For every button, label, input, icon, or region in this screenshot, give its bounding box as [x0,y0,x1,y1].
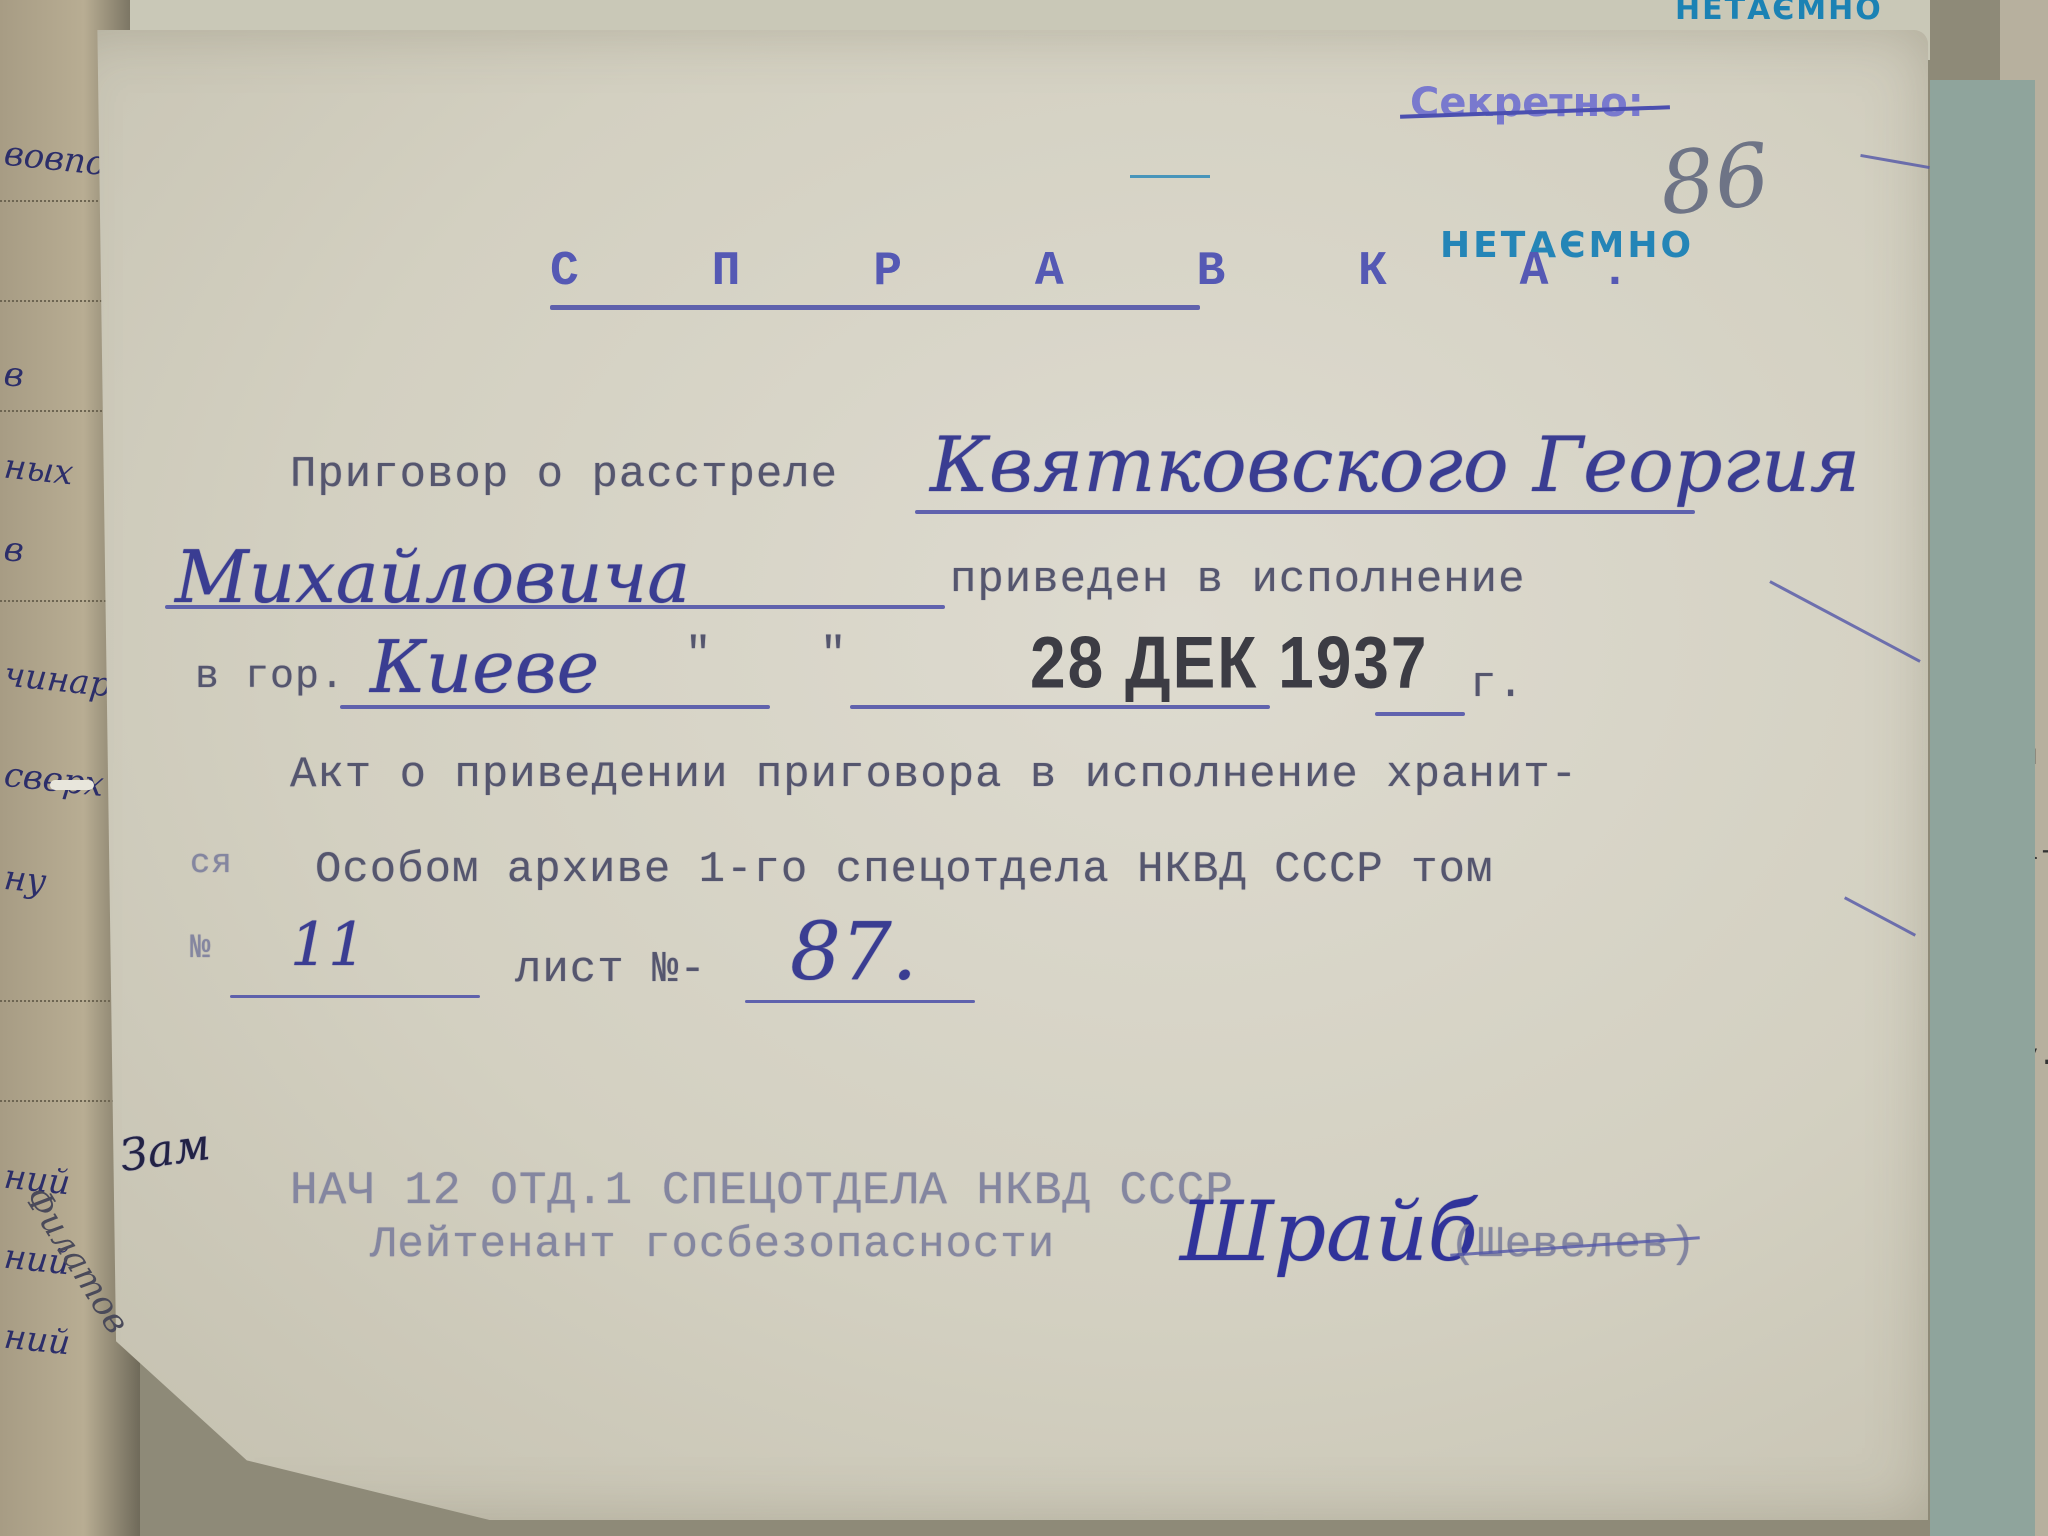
handwritten-surname: Квятковского Георгия [930,420,1860,509]
handwritten-sheet-number: 87. [790,905,917,998]
sheet-underline [745,1000,975,1003]
typed-city-prefix: в гор. [195,655,345,700]
year-underline [1375,712,1465,716]
signatory-rank: Лейтенант госбезопасности [370,1220,1055,1270]
left-page-handwriting: ний [2,1317,72,1364]
typed-act-statement: Акт о приведении приговора в исполнение … [290,750,1578,800]
document-title: С П Р А В К А. [550,245,1681,299]
left-page-ruling [0,1100,130,1102]
classification-stamp-struck: Секретно: [1410,80,1644,126]
typed-executed: приведен в исполнение [950,555,1526,605]
page-number: 86 [1655,125,1774,236]
folder-strip [1930,80,2035,1536]
quote-open: " [820,630,847,680]
patronymic-underline [165,605,945,609]
left-page-handwriting: в [2,529,26,571]
typed-sentence-start: Приговор о расстреле [290,450,838,500]
execution-date-stamp: 28 ДЕК 1937 [1030,619,1428,704]
typed-sheet-label: лист №- [515,945,707,995]
signature: Шрайб [1180,1185,1478,1280]
handwritten-city: Киеве [370,625,599,709]
typed-archive-location: Особом архиве 1-го спецотдела НКВД СССР … [315,845,1493,895]
typed-faint-number: № [190,930,211,968]
date-underline [850,705,1270,709]
top-sheet-stamp: НЕТАЄМНО [1675,0,1883,27]
typed-faint-prefix: ся [190,845,233,883]
signatory-position: НАЧ 12 ОТД.1 СПЕЦОТДЕЛА НКВД СССР [290,1165,1234,1217]
binding-thread [50,780,94,790]
title-underline [550,305,1200,310]
typed-year-suffix: г. [1470,660,1525,710]
left-page-handwriting: чинар [2,654,113,705]
volume-underline [230,995,480,998]
stamp-dash [1130,175,1210,178]
city-underline [340,705,770,709]
quote-close: " [685,630,712,680]
left-page-handwriting: ну [2,858,48,902]
left-page-handwriting: ных [2,446,75,493]
surname-underline [915,510,1695,514]
handwritten-volume-number: 11 [290,910,366,980]
left-page-ruling [0,1000,130,1002]
left-page-handwriting: в [2,354,26,396]
